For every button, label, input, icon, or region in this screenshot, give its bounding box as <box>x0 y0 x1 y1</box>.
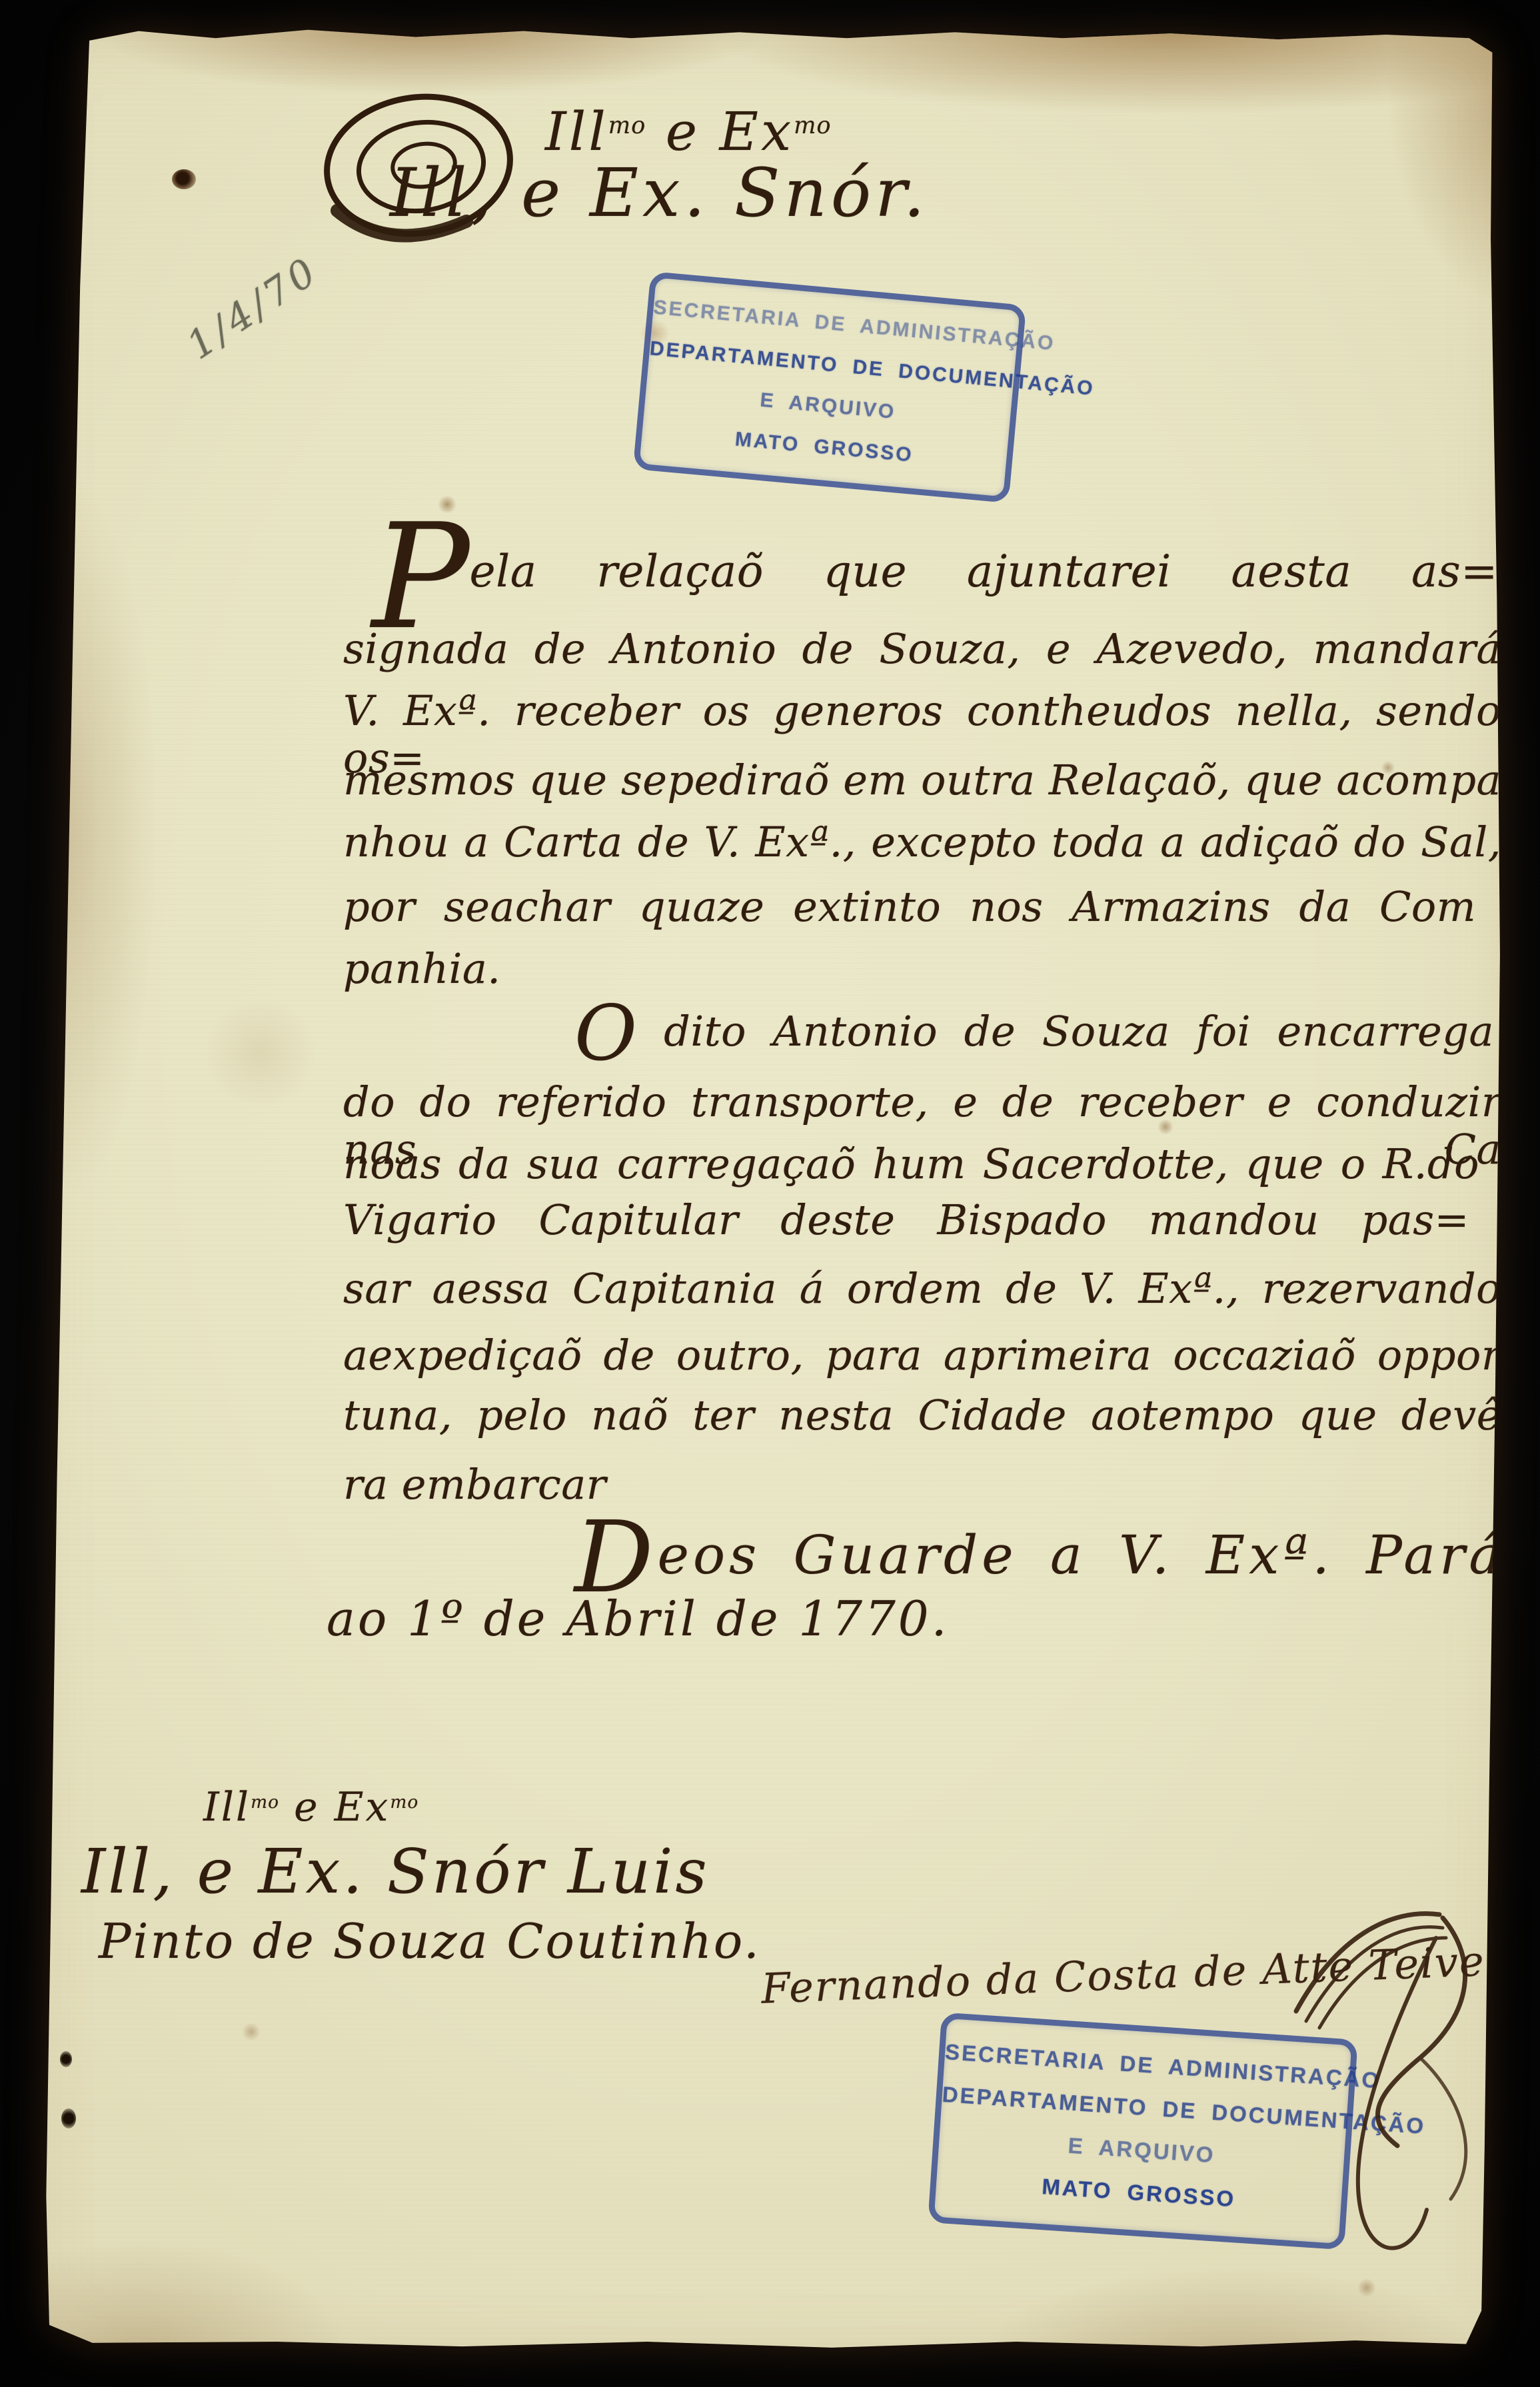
address-abbreviations: Illmo e Exmo <box>203 1785 418 1831</box>
manuscript-line: panhia. <box>343 945 501 992</box>
salutation-line: Ill, e Ex. Snór. <box>390 155 929 231</box>
addressee-line: Ill, e Ex. Snór Luis <box>81 1837 710 1907</box>
manuscript-line: noas da sua carregaçaõ hum Sacerdotte, q… <box>343 1140 1479 1188</box>
address-abbr-1: Ill <box>203 1784 251 1831</box>
salutation-abbr-1-superscript: mo <box>608 112 646 139</box>
paper-sheet: Illmo e Exmo Ill, e Ex. Snór. 1/4/70 SEC… <box>0 0 1540 2387</box>
archive-stamp-top: SECRETARIA DE ADMINISTRAÇÃO DEPARTAMENTO… <box>633 271 1027 503</box>
manuscript-line: O dito Antonio de Souza foi encarrega <box>574 1008 1494 1055</box>
manuscript-line: por seachar quaze extinto nos Armazins d… <box>343 883 1476 930</box>
manuscript-line: signada de Antonio de Souza, e Azevedo, … <box>343 625 1501 672</box>
manuscript-line: Pela relaçaõ que ajuntarei aesta as= <box>372 546 1498 597</box>
wormhole <box>60 2051 72 2067</box>
manuscript-line: nhou a Carta de V. Exª., excepto toda a … <box>343 818 1501 866</box>
stain <box>241 2023 261 2040</box>
manuscript-line: tuna, pelo naõ ter nesta Cidade aotempo … <box>343 1391 1501 1439</box>
signature-flourish-icon <box>1283 1898 1503 2284</box>
addressee-line: Pinto de Souza Coutinho. <box>99 1914 761 1969</box>
manuscript-line: mesmos que sepediraõ em outra Relaçaõ, q… <box>343 756 1501 804</box>
manuscript-line: sar aessa Capitania á ordem de V. Exª., … <box>343 1265 1501 1312</box>
wormhole <box>172 169 196 189</box>
wormhole <box>61 2108 76 2128</box>
photograph-background: Illmo e Exmo Ill, e Ex. Snór. 1/4/70 SEC… <box>0 0 1540 2387</box>
pencil-date-annotation: 1/4/70 <box>179 248 327 369</box>
address-abbr-2-superscript: mo <box>390 1792 418 1813</box>
salutation-abbr-2-superscript: mo <box>794 112 832 139</box>
document-page: Illmo e Exmo Ill, e Ex. Snór. 1/4/70 SEC… <box>0 0 1540 2387</box>
address-abbr-2: e Ex <box>279 1784 390 1831</box>
stain <box>200 1000 320 1106</box>
manuscript-line: aexpediçaõ de outro, para aprimeira occa… <box>343 1331 1501 1379</box>
address-abbr-1-superscript: mo <box>251 1792 279 1813</box>
date-line: ao 1º de Abril de 1770. <box>327 1591 949 1647</box>
closing-line: Deos Guarde a V. Exª. Pará <box>574 1525 1505 1586</box>
manuscript-line: ra embarcar <box>343 1461 606 1508</box>
manuscript-line: Vigario Capitular deste Bispado mandou p… <box>343 1196 1469 1243</box>
